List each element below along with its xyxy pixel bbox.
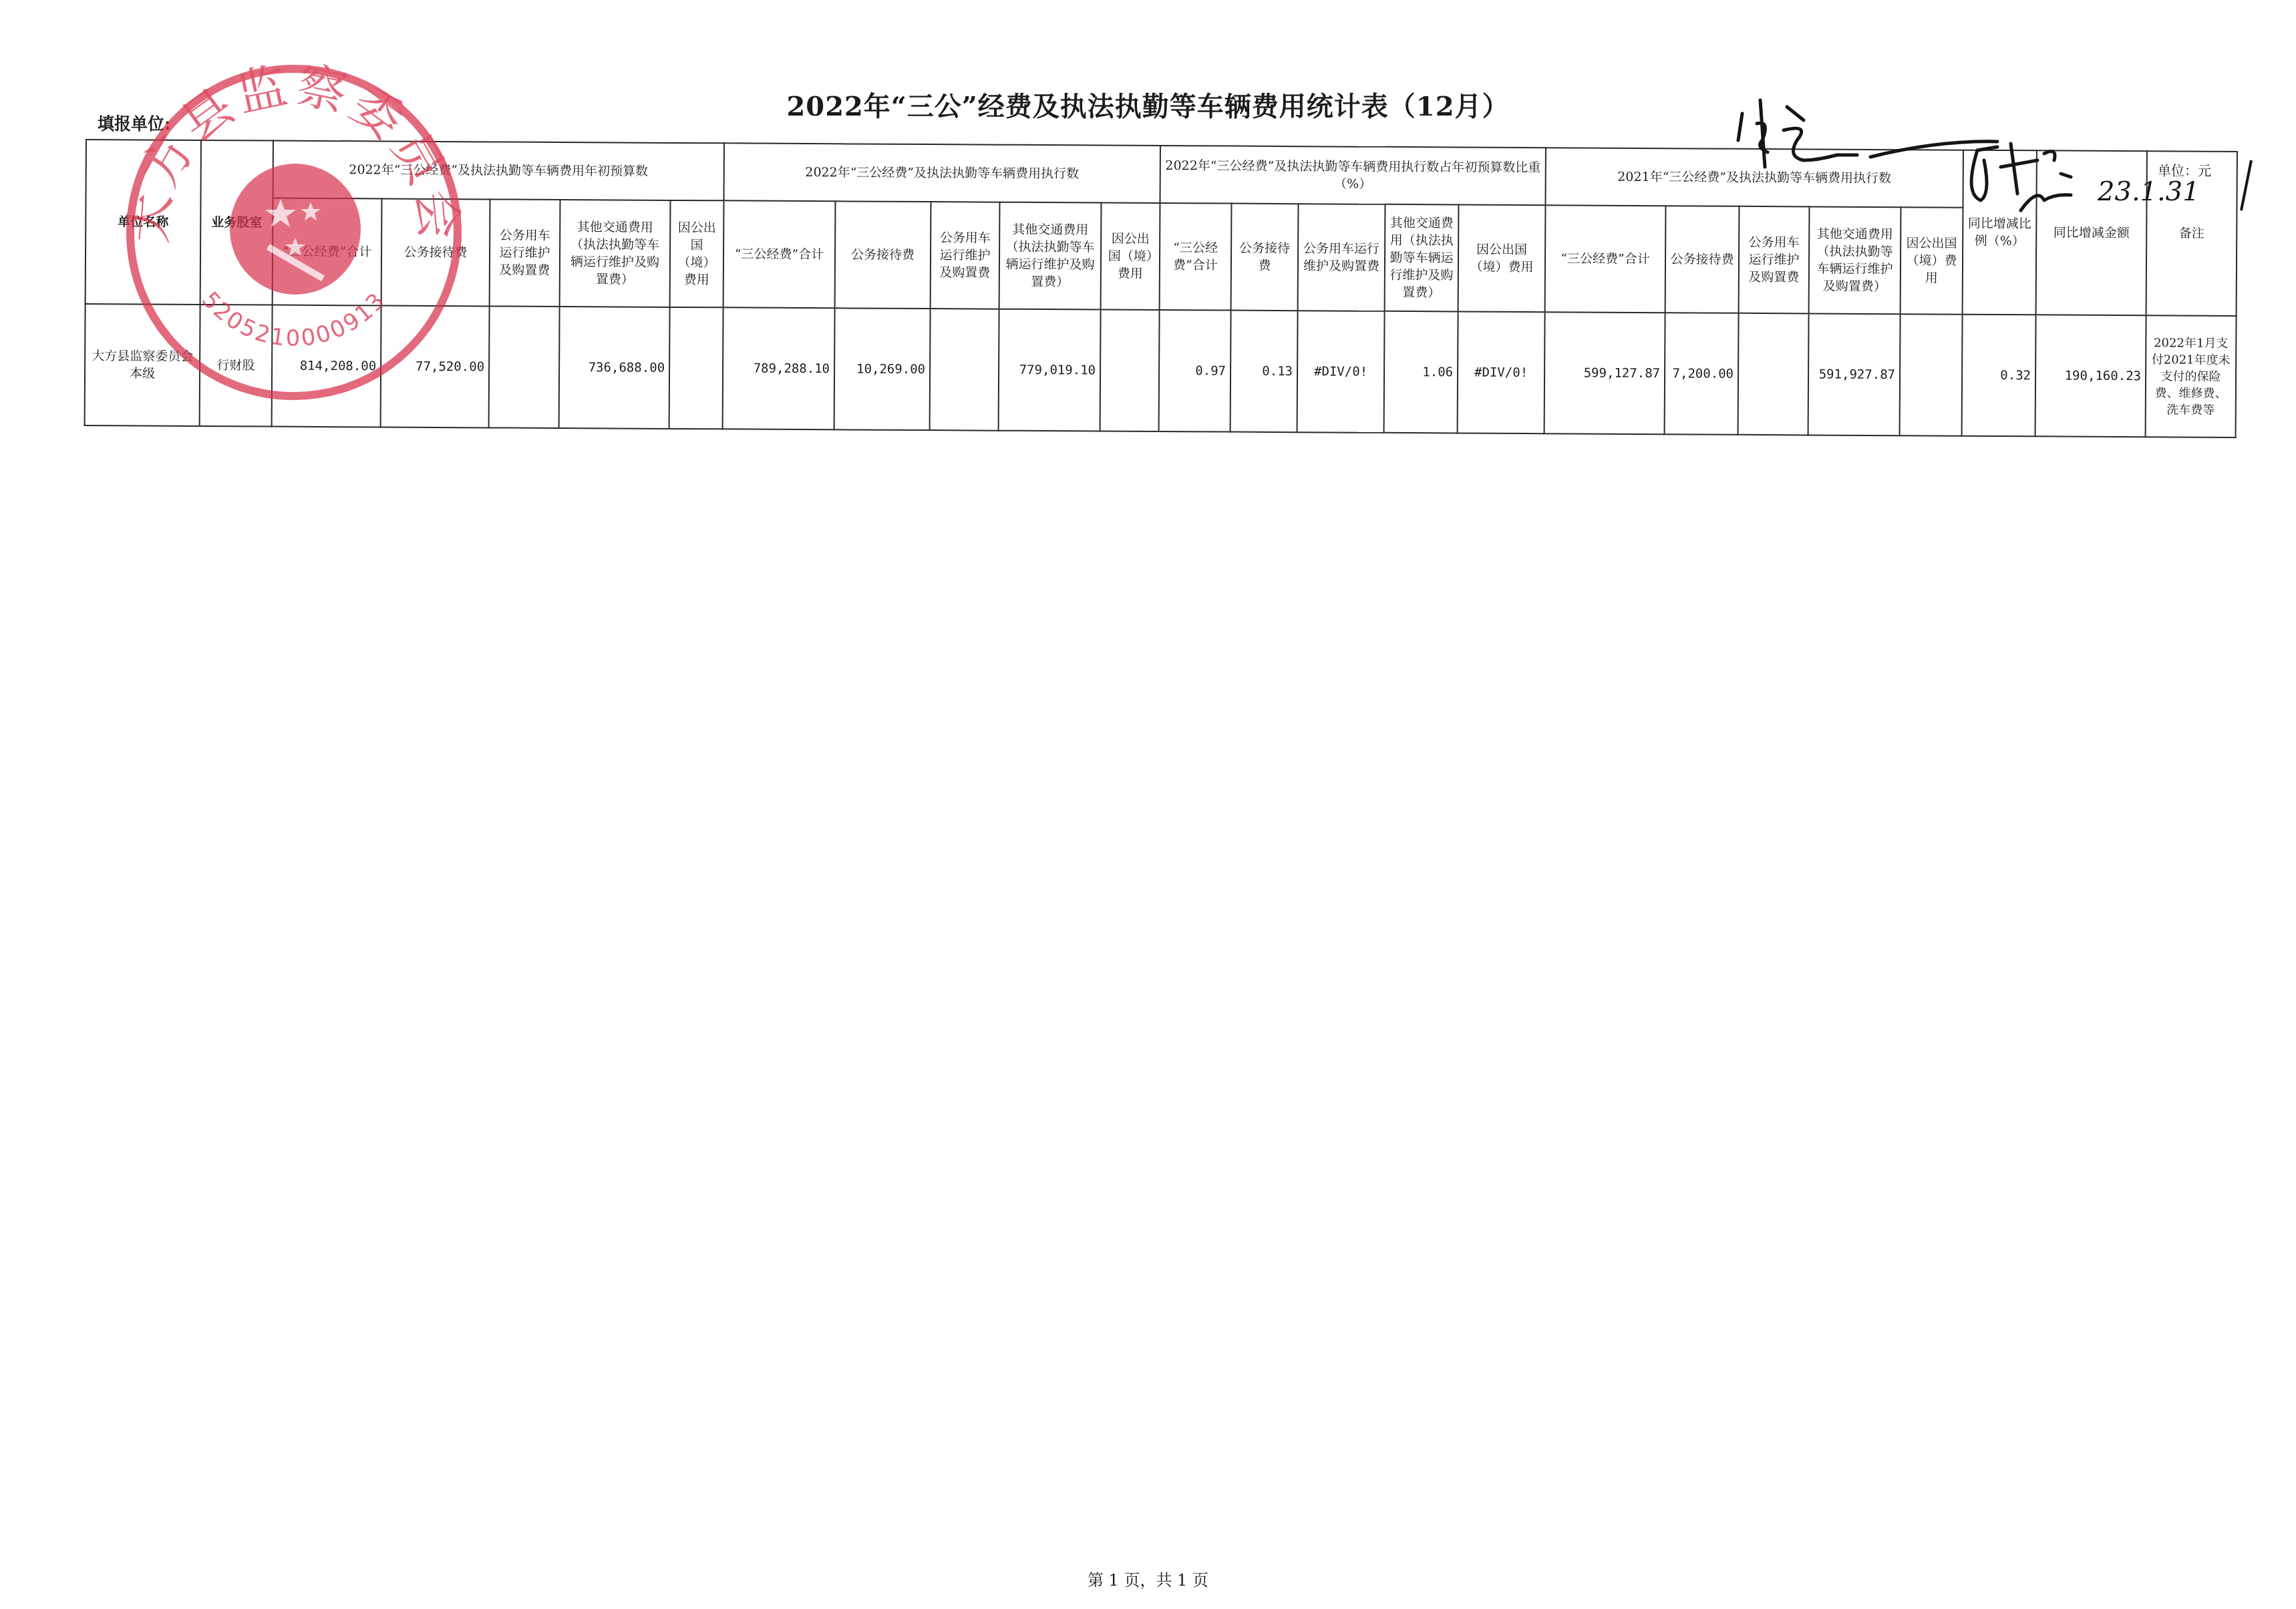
col-header: “三公经费”合计 [273, 198, 382, 306]
cell-yoy-ratio: 0.32 [1962, 315, 2036, 437]
col-header: 公务用车运行维护及购置费 [1739, 206, 1810, 314]
group-header-actual-2021: 2021年“三公经费”及执法执勤等车辆费用执行数 [1545, 148, 1963, 207]
group-header-ratio-2022: 2022年“三公经费”及执法执勤等车辆费用执行数占年初预算数比重（%） [1160, 146, 1545, 205]
col-header: “三公经费”合计 [723, 200, 836, 308]
cell-budget-abroad [669, 307, 723, 429]
cell-actual2021-abroad [1900, 314, 1963, 436]
cell-remark: 2022年1月支付2021年度未支付的保险费、维修费、洗车费等 [2146, 315, 2237, 437]
cell-actual2022-vehicle [930, 309, 999, 431]
cell-actual2022-reception: 10,269.00 [834, 308, 931, 430]
document-title: 2022年“三公”经费及执法执勤等车辆费用统计表（12月） [0, 85, 2296, 124]
header-department: 业务股室 [200, 140, 273, 305]
col-header: 因公出国（境）费用 [1101, 202, 1160, 309]
column-header-row: “三公经费”合计 公务接待费 公务用车运行维护及购置费 其他交通费用（执法执勤等… [86, 197, 2237, 316]
cell-actual2022-abroad [1100, 309, 1160, 431]
col-header: 其他交通费用（执法执勤等车辆运行维护及购置费） [1809, 206, 1901, 314]
page-number-footer: 第 1 页，共 1 页 [0, 1567, 2296, 1590]
cell-ratio-total: 0.97 [1159, 310, 1231, 432]
cell-yoy-amount: 190,160.23 [2035, 315, 2146, 437]
expense-statistics-table: 单位名称 业务股室 2022年“三公经费”及执法执勤等车辆费用年初预算数 202… [84, 139, 2238, 438]
header-yoy-ratio: 同比增减比例（%） [1963, 150, 2037, 315]
cell-ratio-abroad: #DIV/0! [1458, 311, 1545, 433]
col-header: 公务用车运行维护及购置费 [1298, 204, 1385, 311]
cell-budget-vehicle [489, 306, 560, 428]
cell-actual2022-other-transport: 779,019.10 [999, 309, 1101, 431]
table-row: 大方县监察委员会本级 行财股 814,208.00 77,520.00 736,… [85, 304, 2237, 437]
col-header: 公务接待费 [1665, 206, 1740, 313]
col-header: 公务用车运行维护及购置费 [490, 199, 560, 307]
col-header: “三公经费”合计 [1545, 205, 1666, 313]
header-remark: 备注 [2146, 151, 2237, 316]
col-header: 其他交通费用（执法执勤等车辆运行维护及购置费） [1385, 204, 1459, 312]
header-yoy-amount: 同比增减金额 [2036, 150, 2147, 315]
col-header: 因公出国（境）费用 [1458, 204, 1546, 312]
col-header: 其他交通费用（执法执勤等车辆运行维护及购置费） [999, 202, 1102, 310]
cell-actual2021-total: 599,127.87 [1544, 312, 1665, 434]
filler-unit-label: 填报单位: [98, 111, 170, 135]
cell-department: 行财股 [200, 305, 273, 427]
cell-budget-other-transport: 736,688.00 [559, 307, 670, 429]
cell-actual2022-total: 789,288.10 [723, 307, 835, 429]
col-header: 其他交通费用（执法执勤等车辆运行维护及购置费） [560, 200, 671, 307]
col-header: 因公出国（境）费用 [1901, 207, 1963, 315]
cell-ratio-reception: 0.13 [1231, 311, 1298, 433]
cell-actual2021-other-transport: 591,927.87 [1808, 313, 1901, 435]
col-header: “三公经费”合计 [1160, 203, 1232, 311]
cell-ratio-other-transport: 1.06 [1384, 311, 1458, 433]
group-header-actual-2022: 2022年“三公经费”及执法执勤等车辆费用执行数 [723, 143, 1160, 203]
col-header: 公务接待费 [1231, 204, 1299, 311]
col-header: 公务用车运行维护及购置费 [931, 202, 1000, 309]
cell-ratio-vehicle: #DIV/0! [1297, 311, 1385, 433]
header-unit-name: 单位名称 [86, 140, 201, 305]
cell-unit-name: 大方县监察委员会本级 [85, 304, 200, 426]
group-header-budget-2022: 2022年“三公经费”及执法执勤等车辆费用年初预算数 [273, 141, 724, 201]
cell-budget-total: 814,208.00 [272, 305, 381, 427]
col-header: 公务接待费 [835, 201, 931, 309]
cell-actual2021-vehicle [1738, 313, 1809, 435]
col-header: 公务接待费 [381, 198, 490, 306]
cell-budget-reception: 77,520.00 [381, 305, 490, 427]
col-header: 因公出国（境）费用 [670, 200, 724, 307]
cell-actual2021-reception: 7,200.00 [1665, 313, 1739, 435]
